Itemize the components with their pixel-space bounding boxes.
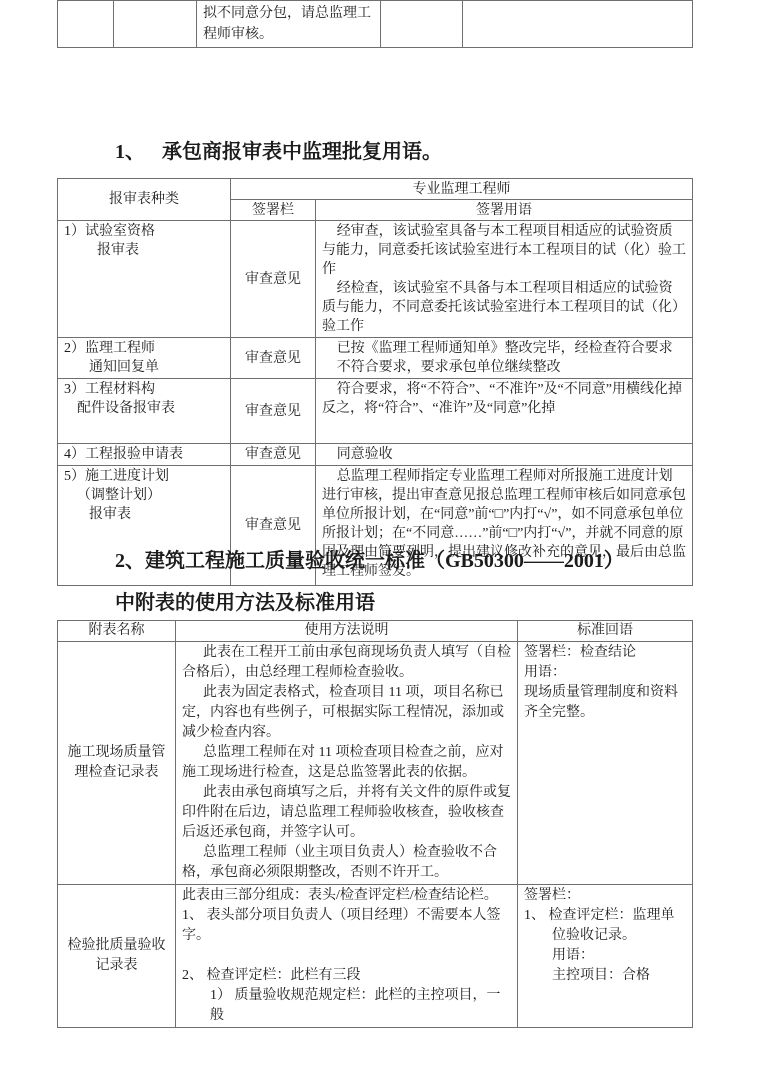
- table-row: 3）工程材料构 配件设备报审表 审查意见 符合要求，将“不符合”、“不准许”及“…: [58, 379, 693, 444]
- form-type-cell: 4）工程报验申请表: [58, 444, 231, 466]
- header-row: 报审表种类 专业监理工程师: [58, 179, 693, 200]
- form-type-cell: 1）试验室资格 报审表: [58, 221, 231, 338]
- empty-cell: [463, 1, 693, 48]
- form-type-line: 配件设备报审表: [64, 399, 224, 418]
- form-type-line: 报审表: [64, 241, 224, 260]
- approval-phrases-table: 报审表种类 专业监理工程师 签署栏 签署用语 1）试验室资格 报审表 审查意见 …: [57, 178, 693, 586]
- usage-method-cell: 此表由三部分组成：表头/检查评定栏/检查结论栏。 1、 表头部分项目负责人（项目…: [176, 885, 518, 1028]
- table-row: 拟不同意分包，请总监理工程师审核。: [58, 1, 693, 48]
- sign-phrase-cell: 已按《监理工程师通知单》整改完毕，经检查符合要求 不符合要求，要求承包单位继续整…: [316, 338, 693, 379]
- method-line: [182, 946, 511, 966]
- table-row: 施工现场质量管理检查记录表 此表在工程开工前由承包商现场负责人填写（自检合格后）…: [58, 642, 693, 885]
- heading-2-line2: 中附表的使用方法及标准用语: [115, 588, 375, 618]
- header-supervisor-group: 专业监理工程师: [231, 179, 693, 200]
- sign-phrase-cell: 同意验收: [316, 444, 693, 466]
- method-paragraph: 此表在工程开工前由承包商现场负责人填写（自检合格后），由总经理工程师检查验收。: [182, 643, 511, 683]
- heading-1-text: 承包商报审表中监理批复用语。: [162, 141, 442, 163]
- header-usage-method: 使用方法说明: [176, 621, 518, 642]
- annex-name: 检验批质量验收记录表: [64, 936, 169, 976]
- table-row: 检验批质量验收记录表 此表由三部分组成：表头/检查评定栏/检查结论栏。 1、 表…: [58, 885, 693, 1028]
- form-type-line: 2）监理工程师: [64, 339, 224, 358]
- form-type-line: 5）施工进度计划: [64, 467, 224, 486]
- form-type-cell: 3）工程材料构 配件设备报审表: [58, 379, 231, 444]
- reply-line: 签署栏：: [524, 886, 686, 906]
- method-line: 1） 质量验收规范规定栏：此栏的主控项目，一般: [182, 986, 511, 1026]
- sign-phrase-cell: 经审查，该试验室具备与本工程项目相适应的试验资质与能力，同意委托该试验室进行本工…: [316, 221, 693, 338]
- reply-line: 签署栏：检查结论: [524, 643, 686, 663]
- heading-1-number: 1、: [115, 141, 145, 163]
- header-annex-name: 附表名称: [58, 621, 176, 642]
- reply-line: 用语：: [524, 946, 686, 966]
- sign-column-cell: 审查意见: [231, 444, 316, 466]
- document-page: 拟不同意分包，请总监理工程师审核。 1、承包商报审表中监理批复用语。 报审表种类…: [0, 0, 763, 1080]
- heading-2-line1: 2、建筑工程施工质量验收统一标准（GB50300——2001）: [115, 546, 624, 576]
- form-type-line: （调整计划）: [64, 486, 224, 505]
- standard-reply-cell: 签署栏：检查结论 用语： 现场质量管理制度和资料齐全完整。: [518, 642, 693, 885]
- phrase-paragraph: 经审查，该试验室具备与本工程项目相适应的试验资质与能力，同意委托该试验室进行本工…: [322, 222, 686, 279]
- method-line: 1、 表头部分项目负责人（项目经理）不需要本人签字。: [182, 906, 511, 946]
- method-line: 此表由三部分组成：表头/检查评定栏/检查结论栏。: [182, 886, 511, 906]
- sign-phrase-cell: 符合要求，将“不符合”、“不准许”及“不同意”用横线化掉 反之，将“符合”、“准…: [316, 379, 693, 444]
- fragment-text-cell: 拟不同意分包，请总监理工程师审核。: [197, 1, 381, 48]
- phrase-paragraph: 符合要求，将“不符合”、“不准许”及“不同意”用横线化掉: [322, 380, 686, 399]
- method-paragraph: 总监理工程师在对 11 项检查项目检查之前，应对施工现场进行检查，这是总监签署此…: [182, 743, 511, 783]
- gb50300-annex-table: 附表名称 使用方法说明 标准回语 施工现场质量管理检查记录表 此表在工程开工前由…: [57, 620, 693, 1028]
- phrase-paragraph: 同意验收: [322, 445, 686, 464]
- form-type-cell: 2）监理工程师 通知回复单: [58, 338, 231, 379]
- annex-name: 施工现场质量管理检查记录表: [64, 743, 169, 783]
- form-type-line: 3）工程材料构: [64, 380, 224, 399]
- usage-method-cell: 此表在工程开工前由承包商现场负责人填写（自检合格后），由总经理工程师检查验收。 …: [176, 642, 518, 885]
- table-row: 2）监理工程师 通知回复单 审查意见 已按《监理工程师通知单》整改完毕，经检查符…: [58, 338, 693, 379]
- header-standard-reply: 标准回语: [518, 621, 693, 642]
- phrase-paragraph: 反之，将“符合”、“准许”及“同意”化掉: [322, 399, 686, 418]
- sign-column-cell: 审查意见: [231, 379, 316, 444]
- sign-column-cell: 审查意见: [231, 338, 316, 379]
- phrase-paragraph: 经检查，该试验室不具备与本工程项目相适应的试验资质与能力，不同意委托该试验室进行…: [322, 279, 686, 336]
- method-paragraph: 此表由承包商填写之后，并将有关文件的原件或复印件附在后边，请总监理工程师验收核查…: [182, 783, 511, 843]
- reply-line: 1、 检查评定栏：监理单位验收记录。: [524, 906, 686, 946]
- phrase-paragraph: 不符合要求，要求承包单位继续整改: [322, 358, 686, 377]
- annex-name-cell: 检验批质量验收记录表: [58, 885, 176, 1028]
- header-form-type: 报审表种类: [58, 179, 231, 221]
- header-sign-column: 签署栏: [231, 200, 316, 221]
- annex-name-cell: 施工现场质量管理检查记录表: [58, 642, 176, 885]
- reply-line: 现场质量管理制度和资料齐全完整。: [524, 683, 686, 723]
- header-row: 附表名称 使用方法说明 标准回语: [58, 621, 693, 642]
- form-type-line: 4）工程报验申请表: [64, 445, 224, 464]
- reply-line: 用语：: [524, 663, 686, 683]
- empty-cell: [114, 1, 197, 48]
- empty-cell: [58, 1, 114, 48]
- heading-1: 1、承包商报审表中监理批复用语。: [115, 137, 442, 167]
- method-line: 2、 检查评定栏：此栏有三段: [182, 966, 511, 986]
- table-row: 4）工程报验申请表 审查意见 同意验收: [58, 444, 693, 466]
- method-paragraph: 总监理工程师（业主项目负责人）检查验收不合格，承包商必须限期整改，否则不许开工。: [182, 843, 511, 883]
- empty-cell: [381, 1, 463, 48]
- header-sign-phrase: 签署用语: [316, 200, 693, 221]
- form-type-line: 报审表: [64, 505, 224, 524]
- sign-column-cell: 审查意见: [231, 221, 316, 338]
- method-paragraph: 此表为固定表格式，检查项目 11 项，项目名称已定，内容也有些例子，可根据实际工…: [182, 683, 511, 743]
- form-type-line: 通知回复单: [64, 358, 224, 377]
- fragment-text: 拟不同意分包，请总监理工程师审核。: [203, 3, 374, 45]
- table-row: 1）试验室资格 报审表 审查意见 经审查，该试验室具备与本工程项目相适应的试验资…: [58, 221, 693, 338]
- reply-line: 主控项目：合格: [524, 966, 686, 986]
- standard-reply-cell: 签署栏： 1、 检查评定栏：监理单位验收记录。 用语： 主控项目：合格: [518, 885, 693, 1028]
- phrase-paragraph: 已按《监理工程师通知单》整改完毕，经检查符合要求: [322, 339, 686, 358]
- previous-table-fragment: 拟不同意分包，请总监理工程师审核。: [57, 0, 693, 48]
- form-type-line: 1）试验室资格: [64, 222, 224, 241]
